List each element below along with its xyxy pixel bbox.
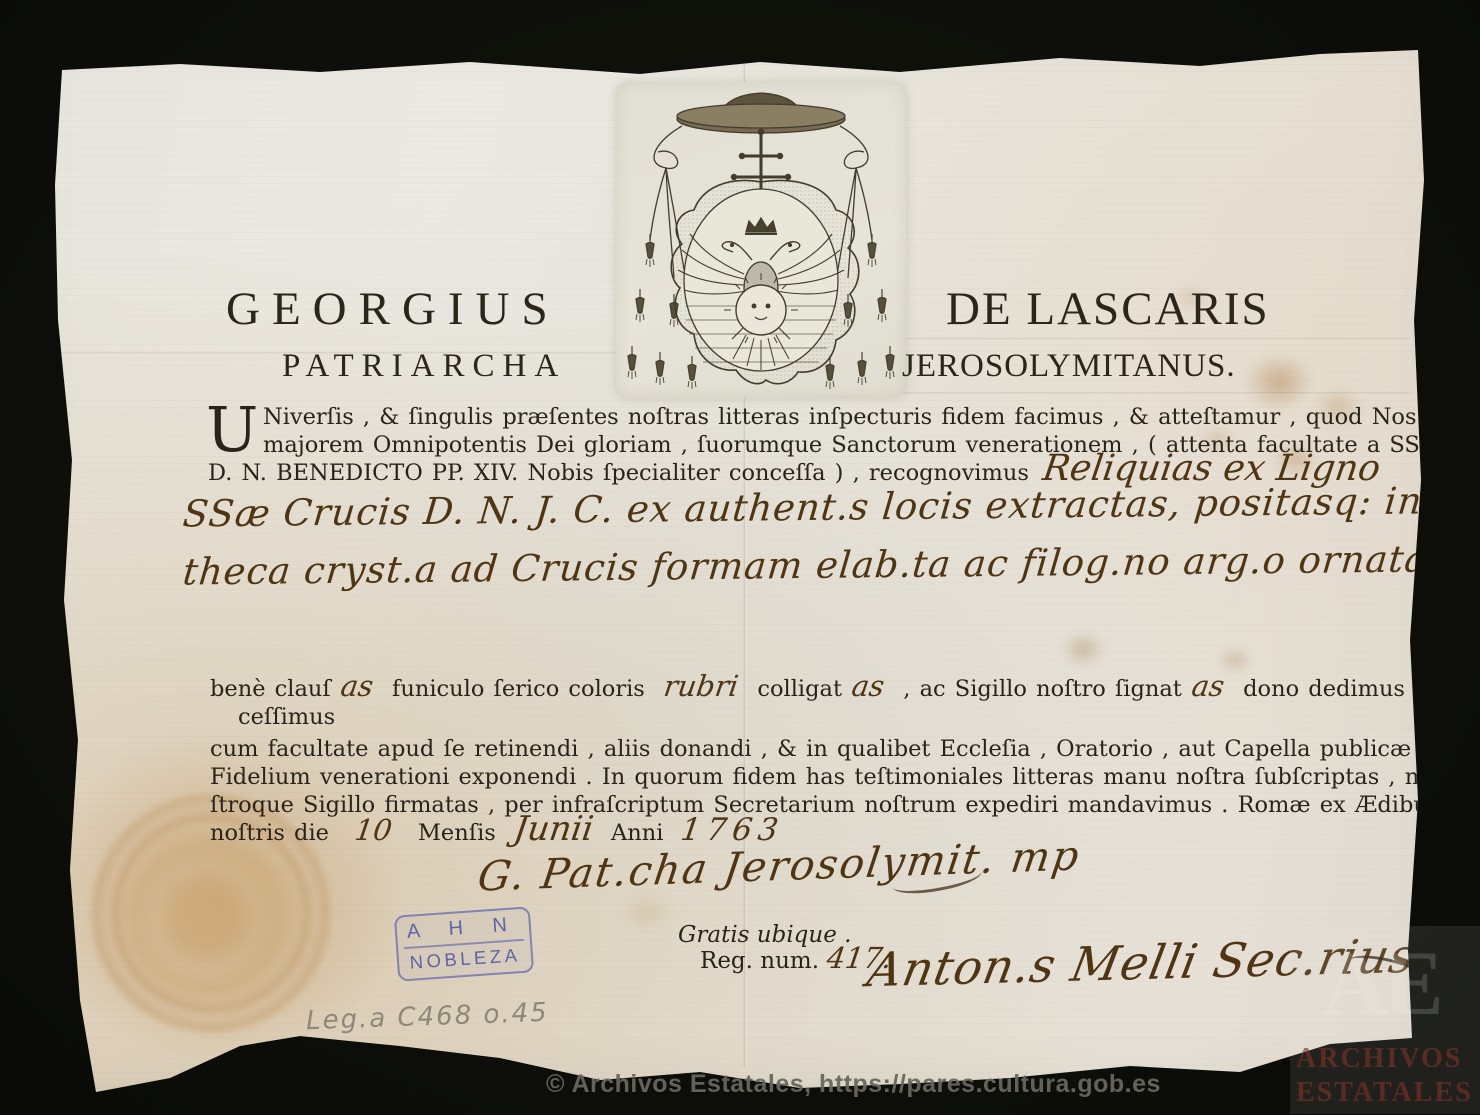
paper-edge-shading xyxy=(0,0,1480,1115)
archivos-estatales-logo: ARCHIVOS ESTATALES xyxy=(1296,1042,1473,1110)
copyright-watermark: © Archivos Estatales, https://pares.cult… xyxy=(546,1070,1161,1099)
ae-watermark-monogram: AE xyxy=(1322,930,1438,1036)
archivos-line: ARCHIVOS xyxy=(1296,1042,1473,1076)
estatales-line: ESTATALES xyxy=(1296,1076,1473,1110)
photographed-document-on-black: GEORGIUS DE LASCARIS PATRIARCHA JEROSOLY… xyxy=(0,0,1480,1115)
document-paper: GEORGIUS DE LASCARIS PATRIARCHA JEROSOLY… xyxy=(0,0,1480,1115)
